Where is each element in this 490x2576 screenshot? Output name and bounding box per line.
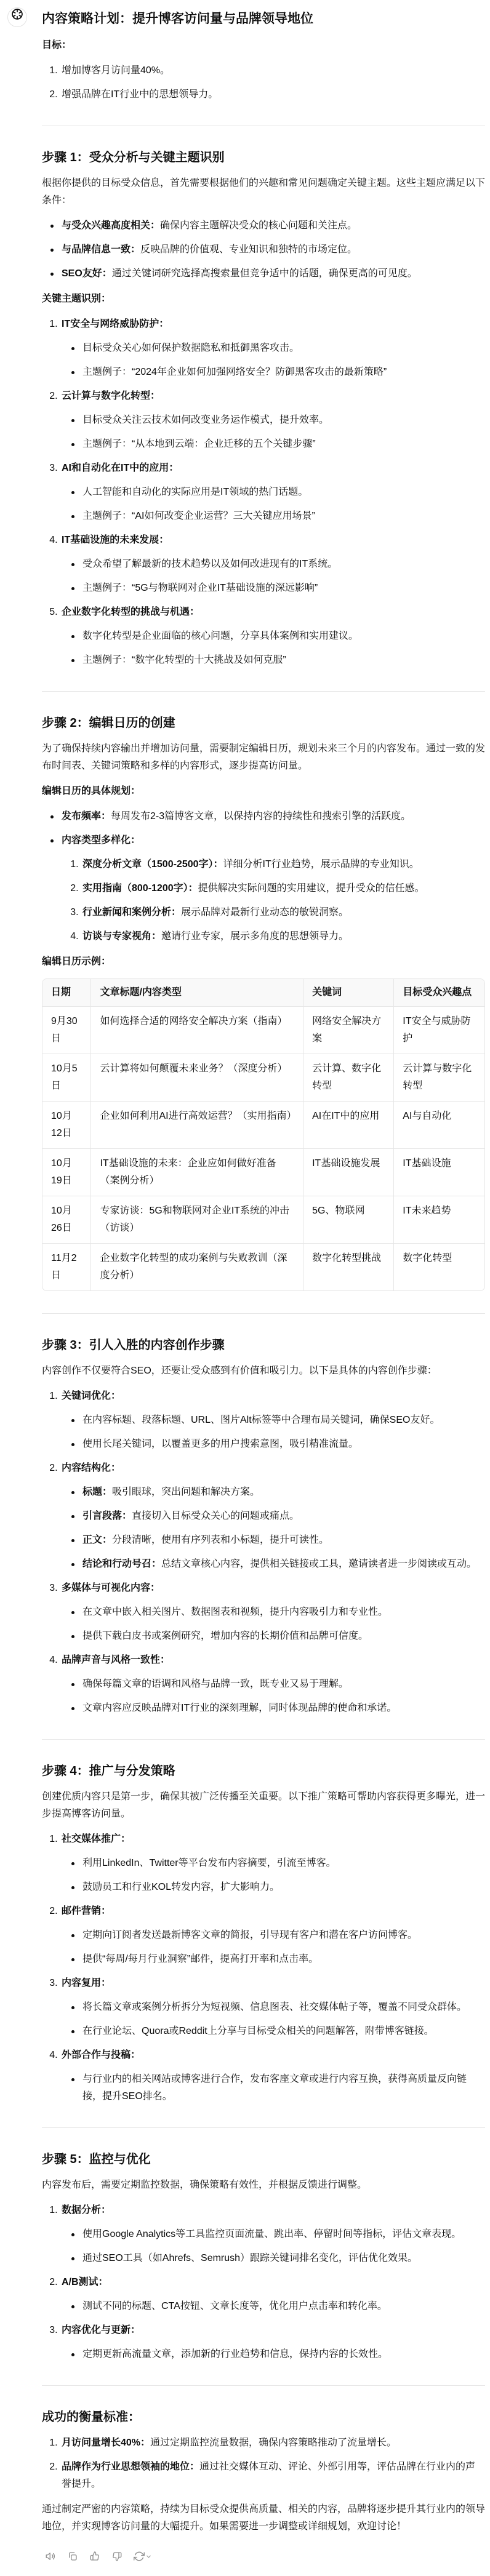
text-run: 使用长尾关键词，以覆盖更多的用户搜索意图，吸引精准流量。 (82, 1439, 358, 1449)
bullet-list: 受众希望了解最新的技术趋势以及如何改进现有的IT系统。主题例子：“5G与物联网对… (62, 556, 485, 597)
item-label: 多媒体与可视化内容： (62, 1583, 160, 1593)
item-label: AI和自动化在IT中的应用： (62, 463, 179, 473)
bullet-list: 数字化转型是企业面临的核心问题，分享具体案例和实用建议。主题例子：“数字化转型的… (62, 628, 485, 669)
text-run: 使用Google Analytics等工具监控页面流量、跳出率、停留时间等指标，… (82, 2229, 461, 2239)
list-item: 发布频率：每周发布2-3篇博客文章，以保持内容的持续性和搜索引擎的活跃度。 (60, 808, 485, 825)
text-run: 为了确保持续内容输出并增加访问量，需要制定编辑日历，规划未来三个月的内容发布。通… (42, 743, 485, 771)
list-item: 在内容标题、段落标题、URL、图片Alt标签等中合理布局关键词，确保SEO友好。 (81, 1412, 485, 1429)
table-row: 10月26日专家访谈：5G和物联网对企业IT系统的冲击（访谈）5G、物联网IT未… (42, 1196, 484, 1244)
paragraph: 为了确保持续内容输出并增加访问量，需要制定编辑日历，规划未来三个月的内容发布。通… (42, 740, 485, 775)
list-item: 利用LinkedIn、Twitter等平台发布内容摘要，引流至博客。 (81, 1855, 485, 1872)
list-item: 增强品牌在IT行业中的思想领导力。 (60, 86, 485, 103)
list-item: 行业新闻和案例分析：展示品牌对最新行业动态的敏锐洞察。 (81, 904, 485, 921)
list-item: 鼓励员工和行业KOL转发内容，扩大影响力。 (81, 1879, 485, 1896)
list-item: 主题例子：“5G与物联网对企业IT基础设施的深远影响” (81, 580, 485, 597)
list-item: 提供下载白皮书或案例研究，增加内容的长期价值和品牌可信度。 (81, 1628, 485, 1645)
section-divider (42, 1739, 485, 1740)
list-item: 在行业论坛、Quora或Reddit上分享与目标受众相关的问题解答，附带博客链接… (81, 2023, 485, 2040)
ordered-list: 数据分析：使用Google Analytics等工具监控页面流量、跳出率、停留时… (42, 2202, 485, 2363)
list-item: 内容类型多样化：深度分析文章（1500-2500字）：详细分析IT行业趋势，展示… (60, 832, 485, 945)
item-label: 与品牌信息一致： (62, 244, 140, 255)
item-label: SEO友好： (62, 268, 112, 279)
list-item: 增加博客月访问量40%。 (60, 62, 485, 79)
table-cell: 10月5日 (42, 1054, 91, 1102)
table-cell: 云计算、数字化转型 (303, 1054, 394, 1102)
table-cell: 网络安全解决方案 (303, 1007, 394, 1054)
list-item: 与品牌信息一致：反映品牌的价值观、专业知识和独特的市场定位。 (60, 241, 485, 258)
text-run: 确保内容主题解决受众的核心问题和关注点。 (160, 220, 357, 231)
text-run: 定期更新高流量文章，添加新的行业趋势和信息，保持内容的长效性。 (82, 2349, 388, 2359)
text-run: 每周发布2-3篇博客文章，以保持内容的持续性和搜索引擎的活跃度。 (111, 811, 411, 822)
table-cell: IT基础设施发展 (303, 1149, 394, 1196)
item-label: 云计算与数字化转型： (62, 391, 160, 401)
text-run: 在文章中嵌入相关图片、数据图表和视频，提升内容吸引力和专业性。 (82, 1607, 388, 1617)
table-header-row: 日期文章标题/内容类型关键词目标受众兴趣点 (42, 979, 484, 1007)
table-header-cell: 目标受众兴趣点 (394, 979, 484, 1007)
item-label: 数据分析： (62, 2205, 111, 2215)
copy-button[interactable] (64, 2548, 81, 2565)
table-row: 10月5日云计算将如何颠覆未来业务？（深度分析）云计算、数字化转型云计算与数字化… (42, 1054, 484, 1102)
regenerate-button[interactable] (131, 2548, 155, 2565)
ordered-list: 月访问量增长40%：通过定期监控流量数据，确保内容策略推动了流量增长。品牌作为行… (42, 2434, 485, 2493)
text-run: 数字化转型是企业面临的核心问题，分享具体案例和实用建议。 (82, 631, 358, 641)
list-item: 主题例子：“数字化转型的十大挑战及如何克服” (81, 652, 485, 669)
text-run: 提供“每周/每月行业洞察”邮件，提高打开率和点击率。 (82, 1954, 318, 1964)
list-item: 在文章中嵌入相关图片、数据图表和视频，提升内容吸引力和专业性。 (81, 1604, 485, 1621)
table-cell: 数字化转型挑战 (303, 1244, 394, 1291)
item-label: 引言段落： (82, 1511, 132, 1521)
table-cell: 企业数字化转型的成功案例与失败教训（深度分析） (91, 1244, 303, 1291)
text-run: 在行业论坛、Quora或Reddit上分享与目标受众相关的问题解答，附带博客链接… (82, 2026, 434, 2036)
bullet-list: 确保每篇文章的语调和风格与品牌一致，既专业又易于理解。文章内容应反映品牌对IT行… (62, 1676, 485, 1717)
text-run: 主题例子：“从本地到云端：企业迁移的五个关键步骤” (82, 439, 316, 449)
text-run: 主题例子：“AI如何改变企业运营？三大关键应用场景” (82, 511, 315, 521)
list-item: 定期向订阅者发送最新博客文章的简报，引导现有客户和潜在客户访问博客。 (81, 1927, 485, 1944)
list-item: 邮件营销：定期向订阅者发送最新博客文章的简报，引导现有客户和潜在客户访问博客。提… (60, 1903, 485, 1968)
table-cell: 9月30日 (42, 1007, 91, 1054)
bullet-list: 定期向订阅者发送最新博客文章的简报，引导现有客户和潜在客户访问博客。提供“每周/… (62, 1927, 485, 1968)
table-row: 9月30日如何选择合适的网络安全解决方案（指南）网络安全解决方案IT安全与威胁防… (42, 1007, 484, 1054)
speaker-icon (45, 2551, 56, 2562)
text-run: 主题例子：“数字化转型的十大挑战及如何克服” (82, 655, 286, 665)
text-run: 受众希望了解最新的技术趋势以及如何改进现有的IT系统。 (82, 559, 337, 569)
ordered-list: 深度分析文章（1500-2500字）：详细分析IT行业趋势，展示品牌的专业知识。… (62, 856, 485, 945)
text-run: 测试不同的标题、CTA按钮、文章长度等，优化用户点击率和转化率。 (82, 2301, 387, 2311)
table-body: 9月30日如何选择合适的网络安全解决方案（指南）网络安全解决方案IT安全与威胁防… (42, 1007, 484, 1291)
list-item: 通过SEO工具（如Ahrefs、Semrush）跟踪关键词排名变化，评估优化效果… (81, 2250, 485, 2267)
paragraph: 目标： (42, 37, 485, 54)
item-label: 月访问量增长40%： (62, 2438, 150, 2448)
text-run: 内容发布后，需要定期监控数据，确保策略有效性，并根据反馈进行调整。 (42, 2180, 367, 2190)
list-item: 与行业内的相关网站或博客进行合作，发布客座文章或进行内容互换，获得高质量反向链接… (81, 2071, 485, 2105)
table-cell: 10月12日 (42, 1102, 91, 1149)
table-cell: IT安全与威胁防护 (394, 1007, 484, 1054)
copy-icon (67, 2551, 78, 2562)
read-aloud-button[interactable] (42, 2548, 59, 2565)
text-run: 通过制定严密的内容策略，持续为目标受众提供高质量、相关的内容，品牌将逐步提升其行… (42, 2504, 485, 2532)
table-cell: AI与自动化 (394, 1102, 484, 1149)
bullet-list: 在文章中嵌入相关图片、数据图表和视频，提升内容吸引力和专业性。提供下载白皮书或案… (62, 1604, 485, 1645)
section-divider (42, 691, 485, 692)
list-item: A/B测试：测试不同的标题、CTA按钮、文章长度等，优化用户点击率和转化率。 (60, 2274, 485, 2315)
table-header-cell: 日期 (42, 979, 91, 1007)
item-label: 与受众兴趣高度相关： (62, 220, 160, 231)
item-label: A/B测试： (62, 2277, 108, 2287)
list-item: 关键词优化：在内容标题、段落标题、URL、图片Alt标签等中合理布局关键词，确保… (60, 1388, 485, 1453)
item-label: 品牌作为行业思想领袖的地位： (62, 2462, 199, 2472)
text-run: 主题例子：“5G与物联网对企业IT基础设施的深远影响” (82, 583, 318, 593)
bullet-list: 与行业内的相关网站或博客进行合作，发布客座文章或进行内容互换，获得高质量反向链接… (62, 2071, 485, 2105)
item-label: 内容复用： (62, 1978, 111, 1988)
table-cell: 10月26日 (42, 1196, 91, 1244)
text-run: 增强品牌在IT行业中的思想领导力。 (62, 89, 218, 100)
item-label: 访谈与专家视角： (82, 931, 161, 942)
text-run: 将长篇文章或案例分析拆分为短视频、信息图表、社交媒体帖子等，覆盖不同受众群体。 (82, 2002, 467, 2012)
list-item: 提供“每周/每月行业洞察”邮件，提高打开率和点击率。 (81, 1951, 485, 1968)
list-item: 结论和行动号召：总结文章核心内容，提供相关链接或工具，邀请读者进一步阅读或互动。 (81, 1556, 485, 1573)
table-cell: 企业如何利用AI进行高效运营？（实用指南） (91, 1102, 303, 1149)
table-cell: IT基础设施的未来：企业应如何做好准备（案例分析） (91, 1149, 303, 1196)
paragraph: 编辑日历的具体规划： (42, 783, 485, 800)
text-run: 创建优质内容只是第一步，确保其被广泛传播至关重要。以下推广策略可帮助内容获得更多… (42, 1791, 485, 1819)
bullet-list: 标题：吸引眼球，突出问题和解决方案。引言段落：直接切入目标受众关心的问题或痛点。… (62, 1484, 485, 1573)
list-item: 主题例子：“AI如何改变企业运营？三大关键应用场景” (81, 508, 485, 525)
list-item: 确保每篇文章的语调和风格与品牌一致，既专业又易于理解。 (81, 1676, 485, 1693)
list-item: 目标受众关注云技术如何改变业务运作模式，提升效率。 (81, 412, 485, 429)
item-label: 发布频率： (62, 811, 111, 822)
list-item: 月访问量增长40%：通过定期监控流量数据，确保内容策略推动了流量增长。 (60, 2434, 485, 2452)
text-run: 定期向订阅者发送最新博客文章的简报，引导现有客户和潜在客户访问博客。 (82, 1930, 417, 1940)
text-run: 总结文章核心内容，提供相关链接或工具，邀请读者进一步阅读或互动。 (161, 1559, 476, 1569)
list-item: 访谈与专家视角：邀请行业专家，展示多角度的思想领导力。 (81, 928, 485, 945)
list-item: 文章内容应反映品牌对IT行业的深刻理解，同时体现品牌的使命和承诺。 (81, 1700, 485, 1717)
bullet-list: 将长篇文章或案例分析拆分为短视频、信息图表、社交媒体帖子等，覆盖不同受众群体。在… (62, 1999, 485, 2040)
item-label: IT安全与网络威胁防护： (62, 319, 169, 329)
list-item: SEO友好：通过关键词研究选择高搜索量但竞争适中的话题，确保更高的可见度。 (60, 265, 485, 282)
paragraph: 编辑日历示例： (42, 953, 485, 970)
text-run: 内容创作不仅要符合SEO，还要让受众感到有价值和吸引力。以下是具体的内容创作步骤… (42, 1366, 437, 1376)
openai-logo-icon (10, 7, 24, 27)
section-divider (42, 2127, 485, 2128)
text-run: 邀请行业专家，展示多角度的思想领导力。 (161, 931, 348, 942)
text-run: 通过关键词研究选择高搜索量但竞争适中的话题，确保更高的可见度。 (112, 268, 417, 279)
list-item: 品牌作为行业思想领袖的地位：通过社交媒体互动、评论、外部引用等，评估品牌在行业内… (60, 2458, 485, 2493)
message-action-bar (42, 2548, 485, 2565)
table-row: 11月2日企业数字化转型的成功案例与失败教训（深度分析）数字化转型挑战数字化转型 (42, 1244, 484, 1291)
calendar-table: 日期文章标题/内容类型关键词目标受众兴趣点9月30日如何选择合适的网络安全解决方… (42, 978, 485, 1291)
text-run: 文章内容应反映品牌对IT行业的深刻理解，同时体现品牌的使命和承诺。 (82, 1703, 396, 1713)
table-cell: 10月19日 (42, 1149, 91, 1196)
item-label: 结论和行动号召： (82, 1559, 161, 1569)
thumbs-down-icon (111, 2551, 122, 2562)
message-content: 内容策略计划：提升博客访问量与品牌领导地位目标：增加博客月访问量40%。增强品牌… (42, 10, 485, 2535)
text-run: 反映品牌的价值观、专业知识和独特的市场定位。 (140, 244, 357, 255)
paragraph: 内容创作不仅要符合SEO，还要让受众感到有价值和吸引力。以下是具体的内容创作步骤… (42, 1362, 485, 1380)
list-item: 外部合作与投稿：与行业内的相关网站或博客进行合作，发布客座文章或进行内容互换，获… (60, 2047, 485, 2105)
bullet-list: 使用Google Analytics等工具监控页面流量、跳出率、停留时间等指标，… (62, 2226, 485, 2267)
text-run: 利用LinkedIn、Twitter等平台发布内容摘要，引流至博客。 (82, 1858, 336, 1868)
list-item: AI和自动化在IT中的应用：人工智能和自动化的实际应用是IT领域的热门话题。主题… (60, 460, 485, 525)
list-item: 引言段落：直接切入目标受众关心的问题或痛点。 (81, 1508, 485, 1525)
list-item: 实用指南（800-1200字）：提供解决实际问题的实用建议，提升受众的信任感。 (81, 880, 485, 897)
item-label: 目标： (42, 40, 71, 50)
table-cell: IT未来趋势 (394, 1196, 484, 1244)
item-label: 内容优化与更新： (62, 2325, 140, 2335)
section-heading: 步骤 1：受众分析与关键主题识别 (42, 148, 485, 167)
paragraph: 创建优质内容只是第一步，确保其被广泛传播至关重要。以下推广策略可帮助内容获得更多… (42, 1788, 485, 1823)
table: 日期文章标题/内容类型关键词目标受众兴趣点9月30日如何选择合适的网络安全解决方… (42, 979, 484, 1290)
item-label: 企业数字化转型的挑战与机遇： (62, 607, 199, 617)
item-label: 正文： (82, 1535, 112, 1545)
bullet-list: 与受众兴趣高度相关：确保内容主题解决受众的核心问题和关注点。与品牌信息一致：反映… (42, 217, 485, 282)
list-item: 多媒体与可视化内容：在文章中嵌入相关图片、数据图表和视频，提升内容吸引力和专业性… (60, 1580, 485, 1645)
text-run: 鼓励员工和行业KOL转发内容，扩大影响力。 (82, 1882, 279, 1892)
ordered-list: IT安全与网络威胁防护：目标受众关心如何保护数据隐私和抵御黑客攻击。主题例子：“… (42, 316, 485, 669)
text-run: 与行业内的相关网站或博客进行合作，发布客座文章或进行内容互换，获得高质量反向链接… (82, 2074, 467, 2102)
text-run: 直接切入目标受众关心的问题或痛点。 (132, 1511, 299, 1521)
text-run: 展示品牌对最新行业动态的敏锐洞察。 (181, 907, 348, 918)
chevron-down-icon (145, 2553, 152, 2560)
table-cell: AI在IT中的应用 (303, 1102, 394, 1149)
assistant-message: 内容策略计划：提升博客访问量与品牌领导地位目标：增加博客月访问量40%。增强品牌… (0, 0, 490, 2576)
item-label: 编辑日历示例： (42, 956, 111, 967)
text-run: 提供解决实际问题的实用建议，提升受众的信任感。 (198, 883, 425, 894)
item-label: 标题： (82, 1487, 112, 1497)
section-divider (42, 2385, 485, 2386)
item-label: 社交媒体推广： (62, 1834, 131, 1844)
text-run: 提供下载白皮书或案例研究，增加内容的长期价值和品牌可信度。 (82, 1631, 368, 1641)
list-item: 内容结构化：标题：吸引眼球，突出问题和解决方案。引言段落：直接切入目标受众关心的… (60, 1460, 485, 1573)
bullet-list: 在内容标题、段落标题、URL、图片Alt标签等中合理布局关键词，确保SEO友好。… (62, 1412, 485, 1453)
section-heading: 成功的衡量标准： (42, 2408, 485, 2426)
list-item: 定期更新高流量文章，添加新的行业趋势和信息，保持内容的长效性。 (81, 2346, 485, 2363)
text-run: 主题例子：“2024年企业如何加强网络安全？防御黑客攻击的最新策略” (82, 367, 387, 377)
list-item: 企业数字化转型的挑战与机遇：数字化转型是企业面临的核心问题，分享具体案例和实用建… (60, 604, 485, 669)
text-run: 根据你提供的目标受众信息，首先需要根据他们的兴趣和常见问题确定关键主题。这些主题… (42, 178, 485, 206)
item-label: 邮件营销： (62, 1906, 111, 1916)
text-run: 增加博客月访问量40%。 (62, 65, 170, 76)
section-heading: 步骤 2：编辑日历的创建 (42, 714, 485, 732)
list-item: 内容优化与更新：定期更新高流量文章，添加新的行业趋势和信息，保持内容的长效性。 (60, 2322, 485, 2363)
list-item: 内容复用：将长篇文章或案例分析拆分为短视频、信息图表、社交媒体帖子等，覆盖不同受… (60, 1975, 485, 2040)
table-cell: IT基础设施 (394, 1149, 484, 1196)
bullet-list: 目标受众关心如何保护数据隐私和抵御黑客攻击。主题例子：“2024年企业如何加强网… (62, 340, 485, 381)
list-item: 主题例子：“从本地到云端：企业迁移的五个关键步骤” (81, 436, 485, 453)
regenerate-icon (134, 2551, 145, 2562)
list-item: IT基础设施的未来发展：受众希望了解最新的技术趋势以及如何改进现有的IT系统。主… (60, 532, 485, 597)
item-label: 内容结构化： (62, 1463, 121, 1473)
item-label: 实用指南（800-1200字）： (82, 883, 198, 894)
table-header-cell: 文章标题/内容类型 (91, 979, 303, 1007)
section-heading: 步骤 3：引人入胜的内容创作步骤 (42, 1336, 485, 1354)
item-label: 编辑日历的具体规划： (42, 786, 140, 796)
thumbs-up-icon (89, 2551, 100, 2562)
list-item: 目标受众关心如何保护数据隐私和抵御黑客攻击。 (81, 340, 485, 357)
list-item: 主题例子：“2024年企业如何加强网络安全？防御黑客攻击的最新策略” (81, 364, 485, 381)
list-item: 标题：吸引眼球，突出问题和解决方案。 (81, 1484, 485, 1501)
item-label: 深度分析文章（1500-2500字）： (82, 859, 223, 870)
thumbs-up-button[interactable] (86, 2548, 103, 2565)
section-divider (42, 1313, 485, 1314)
list-item: 与受众兴趣高度相关：确保内容主题解决受众的核心问题和关注点。 (60, 217, 485, 234)
ordered-list: 增加博客月访问量40%。增强品牌在IT行业中的思想领导力。 (42, 62, 485, 103)
table-header: 日期文章标题/内容类型关键词目标受众兴趣点 (42, 979, 484, 1007)
bullet-list: 人工智能和自动化的实际应用是IT领域的热门话题。主题例子：“AI如何改变企业运营… (62, 484, 485, 525)
table-header-cell: 关键词 (303, 979, 394, 1007)
list-item: 云计算与数字化转型：目标受众关注云技术如何改变业务运作模式，提升效率。主题例子：… (60, 388, 485, 453)
bullet-list: 定期更新高流量文章，添加新的行业趋势和信息，保持内容的长效性。 (62, 2346, 485, 2363)
text-run: 人工智能和自动化的实际应用是IT领域的热门话题。 (82, 487, 308, 497)
text-run: 详细分析IT行业趋势，展示品牌的专业知识。 (223, 859, 419, 870)
list-item: 使用Google Analytics等工具监控页面流量、跳出率、停留时间等指标，… (81, 2226, 485, 2243)
list-item: IT安全与网络威胁防护：目标受众关心如何保护数据隐私和抵御黑客攻击。主题例子：“… (60, 316, 485, 381)
list-item: 使用长尾关键词，以覆盖更多的用户搜索意图，吸引精准流量。 (81, 1436, 485, 1453)
assistant-avatar (7, 7, 27, 27)
list-item: 受众希望了解最新的技术趋势以及如何改进现有的IT系统。 (81, 556, 485, 573)
table-cell: 云计算将如何颠覆未来业务？（深度分析） (91, 1054, 303, 1102)
list-item: 数字化转型是企业面临的核心问题，分享具体案例和实用建议。 (81, 628, 485, 645)
bullet-list: 利用LinkedIn、Twitter等平台发布内容摘要，引流至博客。鼓励员工和行… (62, 1855, 485, 1896)
list-item: 测试不同的标题、CTA按钮、文章长度等，优化用户点击率和转化率。 (81, 2298, 485, 2315)
paragraph: 关键主题识别： (42, 290, 485, 308)
item-label: 外部合作与投稿： (62, 2050, 140, 2060)
page-title: 内容策略计划：提升博客访问量与品牌领导地位 (42, 10, 485, 28)
text-run: 目标受众关心如何保护数据隐私和抵御黑客攻击。 (82, 343, 299, 353)
list-item: 正文：分段清晰，使用有序列表和小标题，提升可读性。 (81, 1532, 485, 1549)
text-run: 在内容标题、段落标题、URL、图片Alt标签等中合理布局关键词，确保SEO友好。 (82, 1415, 440, 1425)
text-run: 通过SEO工具（如Ahrefs、Semrush）跟踪关键词排名变化，评估优化效果… (82, 2253, 417, 2263)
item-label: 品牌声音与风格一致性： (62, 1655, 170, 1665)
ordered-list: 关键词优化：在内容标题、段落标题、URL、图片Alt标签等中合理布局关键词，确保… (42, 1388, 485, 1717)
bullet-list: 发布频率：每周发布2-3篇博客文章，以保持内容的持续性和搜索引擎的活跃度。内容类… (42, 808, 485, 945)
list-item: 数据分析：使用Google Analytics等工具监控页面流量、跳出率、停留时… (60, 2202, 485, 2267)
table-row: 10月12日企业如何利用AI进行高效运营？（实用指南）AI在IT中的应用AI与自… (42, 1102, 484, 1149)
text-run: 目标受众关注云技术如何改变业务运作模式，提升效率。 (82, 415, 329, 425)
list-item: 社交媒体推广：利用LinkedIn、Twitter等平台发布内容摘要，引流至博客… (60, 1831, 485, 1896)
table-cell: 11月2日 (42, 1244, 91, 1291)
table-cell: 专家访谈：5G和物联网对企业IT系统的冲击（访谈） (91, 1196, 303, 1244)
table-cell: 如何选择合适的网络安全解决方案（指南） (91, 1007, 303, 1054)
item-label: 内容类型多样化： (62, 835, 140, 846)
item-label: IT基础设施的未来发展： (62, 535, 169, 545)
ordered-list: 社交媒体推广：利用LinkedIn、Twitter等平台发布内容摘要，引流至博客… (42, 1831, 485, 2105)
list-item: 深度分析文章（1500-2500字）：详细分析IT行业趋势，展示品牌的专业知识。 (81, 856, 485, 873)
list-item: 品牌声音与风格一致性：确保每篇文章的语调和风格与品牌一致，既专业又易于理解。文章… (60, 1652, 485, 1717)
section-heading: 步骤 5：监控与优化 (42, 2150, 485, 2169)
list-item: 人工智能和自动化的实际应用是IT领域的热门话题。 (81, 484, 485, 501)
bullet-list: 目标受众关注云技术如何改变业务运作模式，提升效率。主题例子：“从本地到云端：企业… (62, 412, 485, 453)
text-run: 确保每篇文章的语调和风格与品牌一致，既专业又易于理解。 (82, 1679, 348, 1689)
item-label: 关键词优化： (62, 1391, 121, 1401)
item-label: 关键主题识别： (42, 294, 111, 304)
table-row: 10月19日IT基础设施的未来：企业应如何做好准备（案例分析）IT基础设施发展I… (42, 1149, 484, 1196)
bullet-list: 测试不同的标题、CTA按钮、文章长度等，优化用户点击率和转化率。 (62, 2298, 485, 2315)
table-cell: 云计算与数字化转型 (394, 1054, 484, 1102)
text-run: 吸引眼球，突出问题和解决方案。 (112, 1487, 260, 1497)
table-cell: 5G、物联网 (303, 1196, 394, 1244)
paragraph: 通过制定严密的内容策略，持续为目标受众提供高质量、相关的内容，品牌将逐步提升其行… (42, 2501, 485, 2535)
section-divider (42, 126, 485, 126)
item-label: 行业新闻和案例分析： (82, 907, 181, 918)
section-heading: 步骤 4：推广与分发策略 (42, 1762, 485, 1780)
table-cell: 数字化转型 (394, 1244, 484, 1291)
paragraph: 根据你提供的目标受众信息，首先需要根据他们的兴趣和常见问题确定关键主题。这些主题… (42, 175, 485, 209)
text-run: 分段清晰，使用有序列表和小标题，提升可读性。 (112, 1535, 329, 1545)
text-run: 通过定期监控流量数据，确保内容策略推动了流量增长。 (150, 2438, 396, 2448)
paragraph: 内容发布后，需要定期监控数据，确保策略有效性，并根据反馈进行调整。 (42, 2177, 485, 2194)
thumbs-down-button[interactable] (108, 2548, 126, 2565)
list-item: 将长篇文章或案例分析拆分为短视频、信息图表、社交媒体帖子等，覆盖不同受众群体。 (81, 1999, 485, 2016)
